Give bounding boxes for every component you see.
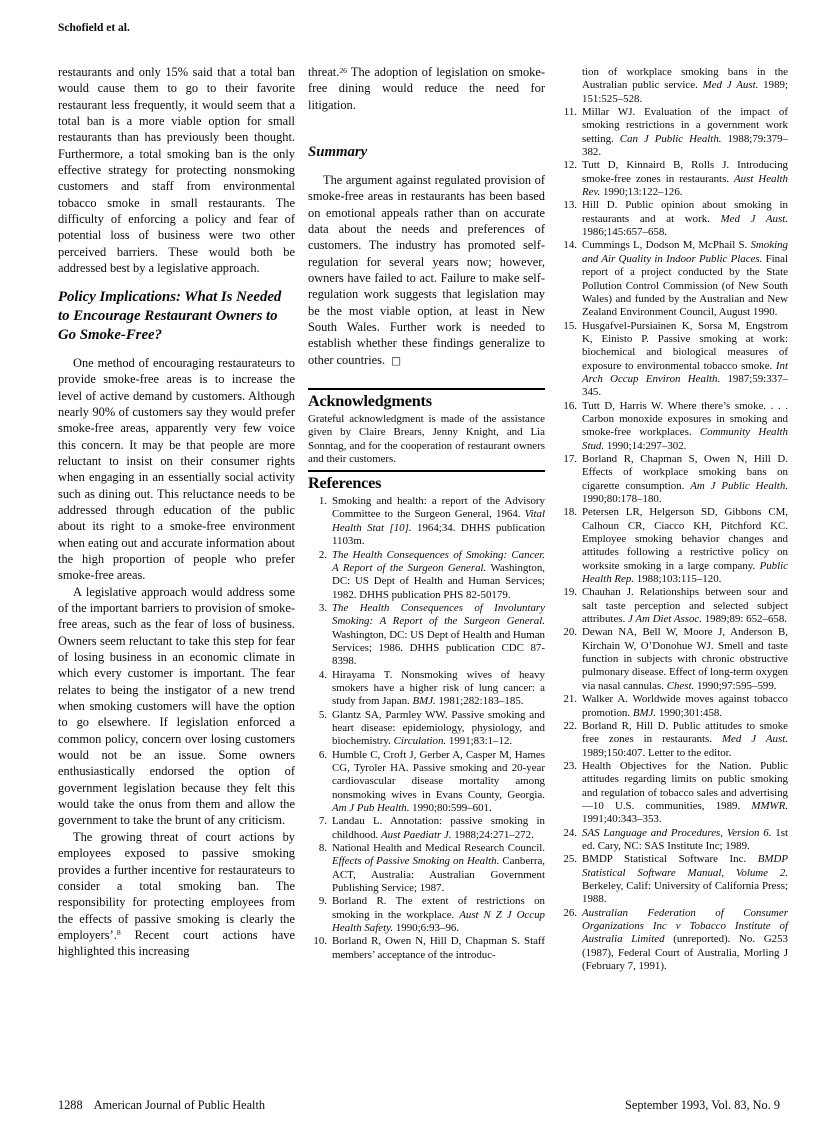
reference-number: 22. bbox=[558, 720, 582, 760]
reference-text: Borland R, Owen N, Hill D, Chapman S. St… bbox=[332, 935, 545, 962]
text-run: National Health and Medical Research Cou… bbox=[332, 842, 545, 854]
reference-number: 7. bbox=[308, 815, 332, 842]
superscript-citation: 26 bbox=[339, 66, 347, 75]
italic-text-run: MMWR. bbox=[751, 800, 788, 812]
reference-text: Australian Federation of Consumer Organi… bbox=[582, 907, 788, 974]
reference-number: 10. bbox=[308, 935, 332, 962]
reference-text: Borland R. The extent of restrictions on… bbox=[332, 895, 545, 935]
reference-text: Petersen LR, Helgerson SD, Gibbons CM, C… bbox=[582, 506, 788, 586]
reference-text: Tutt D, Kinnaird B, Rolls J. Introducing… bbox=[582, 159, 788, 199]
reference-item-15: 15.Husgafvel-Pursiainen K, Sorsa M, Engs… bbox=[558, 320, 788, 400]
reference-number: 26. bbox=[558, 907, 582, 974]
text-run: Humble C, Croft J, Gerber A, Casper M, H… bbox=[332, 749, 545, 801]
references-list-part1: 1.Smoking and health: a report of the Ad… bbox=[308, 495, 545, 962]
reference-text: Millar WJ. Evaluation of the impact of s… bbox=[582, 106, 788, 159]
italic-text-run: Am J Pub Health. bbox=[332, 802, 409, 814]
reference-item-5: 5.Glantz SA, Parmley WW. Passive smoking… bbox=[308, 709, 545, 749]
italic-text-run: Can J Public Health. bbox=[620, 133, 722, 145]
text-run: The growing threat of court actions by e… bbox=[58, 830, 295, 942]
reference-text: BMDP Statistical Software Inc. BMDP Stat… bbox=[582, 853, 788, 906]
article-columns: restaurants and only 15% said that a tot… bbox=[58, 64, 788, 973]
italic-text-run: Med J Aust. bbox=[703, 79, 759, 91]
reference-item-10: 10.Borland R, Owen N, Hill D, Chapman S.… bbox=[308, 935, 545, 962]
reference-number: 14. bbox=[558, 239, 582, 319]
reference-number: 2. bbox=[308, 549, 332, 602]
summary-paragraph: The argument against regulated provision… bbox=[308, 172, 545, 369]
page-number: 1288 bbox=[58, 1098, 83, 1112]
footer-left: 1288American Journal of Public Health bbox=[58, 1098, 265, 1113]
italic-text-run: Med J Aust. bbox=[722, 733, 788, 745]
text-run: 1990;80:178–180. bbox=[582, 493, 662, 505]
reference-text: Chauhan J. Relationships between sour an… bbox=[582, 586, 788, 626]
text-run: 1989;89: 652–658. bbox=[702, 613, 787, 625]
reference-item-1: 1.Smoking and health: a report of the Ad… bbox=[308, 495, 545, 548]
policy-implications-heading: Policy Implications: What Is Needed to E… bbox=[58, 288, 295, 344]
italic-text-run: Med J Aust. bbox=[721, 213, 788, 225]
reference-continuation: tion of workplace smoking bans in the Au… bbox=[558, 66, 788, 106]
reference-text: Husgafvel-Pursiainen K, Sorsa M, Engstro… bbox=[582, 320, 788, 400]
text-run: 1990;97:595–599. bbox=[694, 680, 776, 692]
text-run: 1986;145:657–658. bbox=[582, 226, 667, 238]
reference-number: 8. bbox=[308, 842, 332, 895]
reference-text: Health Objectives for the Nation. Public… bbox=[582, 760, 788, 827]
text-run: 1990;14:297–302. bbox=[604, 440, 686, 452]
reference-text: Dewan NA, Bell W, Moore J, Anderson B, K… bbox=[582, 626, 788, 693]
reference-item-14: 14.Cummings L, Dodson M, McPhail S. Smok… bbox=[558, 239, 788, 319]
reference-item-22: 22.Borland R, Hill D. Public attitudes t… bbox=[558, 720, 788, 760]
reference-text: National Health and Medical Research Cou… bbox=[332, 842, 545, 895]
reference-item-3: 3.The Health Consequences of Involuntary… bbox=[308, 602, 545, 669]
reference-item-8: 8.National Health and Medical Research C… bbox=[308, 842, 545, 895]
acknowledgments-text: Grateful acknowledgment is made of the a… bbox=[308, 413, 545, 466]
opening-paragraph: restaurants and only 15% said that a tot… bbox=[58, 64, 295, 276]
paragraph: The growing threat of court actions by e… bbox=[58, 829, 295, 960]
reference-text: tion of workplace smoking bans in the Au… bbox=[582, 66, 788, 106]
reference-number: 12. bbox=[558, 159, 582, 199]
column-3: tion of workplace smoking bans in the Au… bbox=[558, 64, 788, 973]
text-run: Cummings L, Dodson M, McPhail S. bbox=[582, 239, 750, 251]
summary-text: The argument against regulated provision… bbox=[308, 173, 545, 367]
reference-item-13: 13.Hill D. Public opinion about smoking … bbox=[558, 199, 788, 239]
section-divider bbox=[308, 470, 545, 472]
italic-text-run: SAS Language and Procedures, Version 6. bbox=[582, 827, 771, 839]
column-1: restaurants and only 15% said that a tot… bbox=[58, 64, 295, 973]
references-heading: References bbox=[308, 473, 545, 493]
text-run: Smoking and health: a report of the Advi… bbox=[332, 495, 545, 520]
italic-text-run: Am J Public Health. bbox=[690, 480, 788, 492]
reference-item-9: 9.Borland R. The extent of restrictions … bbox=[308, 895, 545, 935]
text-run: Petersen LR, Helgerson SD, Gibbons CM, C… bbox=[582, 506, 788, 571]
reference-item-12: 12.Tutt D, Kinnaird B, Rolls J. Introduc… bbox=[558, 159, 788, 199]
end-of-article-box-icon: □ bbox=[391, 355, 401, 367]
reference-number: 16. bbox=[558, 400, 582, 453]
reference-text: Cummings L, Dodson M, McPhail S. Smoking… bbox=[582, 239, 788, 319]
reference-number: 21. bbox=[558, 693, 582, 720]
text-run: 1988;24:271–272. bbox=[452, 829, 534, 841]
text-run: 1990;13:122–126. bbox=[600, 186, 682, 198]
reference-number: 9. bbox=[308, 895, 332, 935]
reference-item-21: 21.Walker A. Worldwide moves against tob… bbox=[558, 693, 788, 720]
text-run: Husgafvel-Pursiainen K, Sorsa M, Engstro… bbox=[582, 320, 788, 372]
reference-text: Tutt D, Harris W. Where there’s smoke. .… bbox=[582, 400, 788, 453]
reference-text: Hill D. Public opinion about smoking in … bbox=[582, 199, 788, 239]
reference-item-4: 4.Hirayama T. Nonsmoking wives of heavy … bbox=[308, 669, 545, 709]
reference-text: Landau L. Annotation: passive smoking in… bbox=[332, 815, 545, 842]
reference-number: 1. bbox=[308, 495, 332, 548]
reference-text: The Health Consequences of Smoking: Canc… bbox=[332, 549, 545, 602]
reference-text: Borland R, Hill D. Public attitudes to s… bbox=[582, 720, 788, 760]
continuation-paragraph: threat.26 The adoption of legislation on… bbox=[308, 64, 545, 113]
italic-text-run: BMJ. bbox=[633, 707, 656, 719]
italic-text-run: BMJ. bbox=[412, 695, 435, 707]
reference-text: Walker A. Worldwide moves against tobacc… bbox=[582, 693, 788, 720]
reference-item-19: 19.Chauhan J. Relationships between sour… bbox=[558, 586, 788, 626]
running-head: Schofield et al. bbox=[58, 22, 130, 34]
reference-text: Borland R, Chapman S, Owen N, Hill D. Ef… bbox=[582, 453, 788, 506]
reference-number: 6. bbox=[308, 749, 332, 816]
italic-text-run: Circulation. bbox=[394, 735, 447, 747]
text-run: 1989;150:407. Letter to the editor. bbox=[582, 747, 731, 759]
text-run: Borland R, Owen N, Hill D, Chapman S. St… bbox=[332, 935, 545, 960]
text-run: BMDP Statistical Software Inc. bbox=[582, 853, 758, 865]
reference-item-2: 2.The Health Consequences of Smoking: Ca… bbox=[308, 549, 545, 602]
text-run: Berkeley, Calif: University of Californi… bbox=[582, 880, 788, 905]
reference-number: 25. bbox=[558, 853, 582, 906]
reference-item-24: 24.SAS Language and Procedures, Version … bbox=[558, 827, 788, 854]
reference-item-25: 25.BMDP Statistical Software Inc. BMDP S… bbox=[558, 853, 788, 906]
italic-text-run: J Am Diet Assoc. bbox=[628, 613, 702, 625]
backmatter: Acknowledgments Grateful acknowledgment … bbox=[308, 388, 545, 962]
journal-page: Schofield et al. restaurants and only 15… bbox=[0, 0, 816, 1124]
text-run: 1991;83:1–12. bbox=[446, 735, 512, 747]
reference-number: 5. bbox=[308, 709, 332, 749]
paragraph: One method of encouraging restaurateurs … bbox=[58, 355, 295, 584]
reference-number bbox=[558, 66, 582, 106]
reference-item-23: 23.Health Objectives for the Nation. Pub… bbox=[558, 760, 788, 827]
reference-number: 24. bbox=[558, 827, 582, 854]
reference-text: Glantz SA, Parmley WW. Passive smoking a… bbox=[332, 709, 545, 749]
reference-number: 19. bbox=[558, 586, 582, 626]
text-run: threat. bbox=[308, 65, 339, 79]
reference-number: 17. bbox=[558, 453, 582, 506]
reference-text: Humble C, Croft J, Gerber A, Casper M, H… bbox=[332, 749, 545, 816]
section-divider bbox=[308, 388, 545, 390]
journal-name: American Journal of Public Health bbox=[94, 1098, 265, 1112]
reference-item-6: 6.Humble C, Croft J, Gerber A, Casper M,… bbox=[308, 749, 545, 816]
reference-number: 18. bbox=[558, 506, 582, 586]
reference-item-7: 7.Landau L. Annotation: passive smoking … bbox=[308, 815, 545, 842]
text-run: 1988;103:115–120. bbox=[634, 573, 721, 585]
reference-text: SAS Language and Procedures, Version 6. … bbox=[582, 827, 788, 854]
text-run: 1981;282:183–185. bbox=[436, 695, 524, 707]
reference-number: 23. bbox=[558, 760, 582, 827]
reference-item-18: 18.Petersen LR, Helgerson SD, Gibbons CM… bbox=[558, 506, 788, 586]
reference-number: 20. bbox=[558, 626, 582, 693]
text-run: Washington, DC: US Dept of Health and Hu… bbox=[332, 629, 545, 668]
reference-number: 11. bbox=[558, 106, 582, 159]
reference-item-26: 26.Australian Federation of Consumer Org… bbox=[558, 907, 788, 974]
reference-number: 3. bbox=[308, 602, 332, 669]
reference-text: The Health Consequences of Involuntary S… bbox=[332, 602, 545, 669]
italic-text-run: Aust Paediatr J. bbox=[381, 829, 451, 841]
text-run: 1990;80:599–601. bbox=[409, 802, 491, 814]
italic-text-run: The Health Consequences of Involuntary S… bbox=[332, 602, 545, 627]
reference-number: 15. bbox=[558, 320, 582, 400]
paragraph: A legislative approach would address som… bbox=[58, 584, 295, 829]
references-list-part2: tion of workplace smoking bans in the Au… bbox=[558, 66, 788, 973]
reference-text: Smoking and health: a report of the Advi… bbox=[332, 495, 545, 548]
text-run: 1990;6:93–96. bbox=[393, 922, 459, 934]
acknowledgments-heading: Acknowledgments bbox=[308, 391, 545, 411]
column-2: threat.26 The adoption of legislation on… bbox=[308, 64, 545, 973]
superscript-citation: 8 bbox=[117, 928, 121, 937]
reference-item-16: 16.Tutt D, Harris W. Where there’s smoke… bbox=[558, 400, 788, 453]
reference-item-11: 11.Millar WJ. Evaluation of the impact o… bbox=[558, 106, 788, 159]
reference-number: 13. bbox=[558, 199, 582, 239]
reference-text: Hirayama T. Nonsmoking wives of heavy sm… bbox=[332, 669, 545, 709]
italic-text-run: Effects of Passive Smoking on Health. bbox=[332, 855, 499, 867]
text-run: 1990;301:458. bbox=[656, 707, 722, 719]
reference-item-17: 17.Borland R, Chapman S, Owen N, Hill D.… bbox=[558, 453, 788, 506]
footer-issue: September 1993, Vol. 83, No. 9 bbox=[625, 1098, 780, 1113]
reference-item-20: 20.Dewan NA, Bell W, Moore J, Anderson B… bbox=[558, 626, 788, 693]
italic-text-run: Chest. bbox=[667, 680, 695, 692]
summary-heading: Summary bbox=[308, 143, 545, 162]
text-run: 1991;40:343–353. bbox=[582, 813, 662, 825]
reference-number: 4. bbox=[308, 669, 332, 709]
